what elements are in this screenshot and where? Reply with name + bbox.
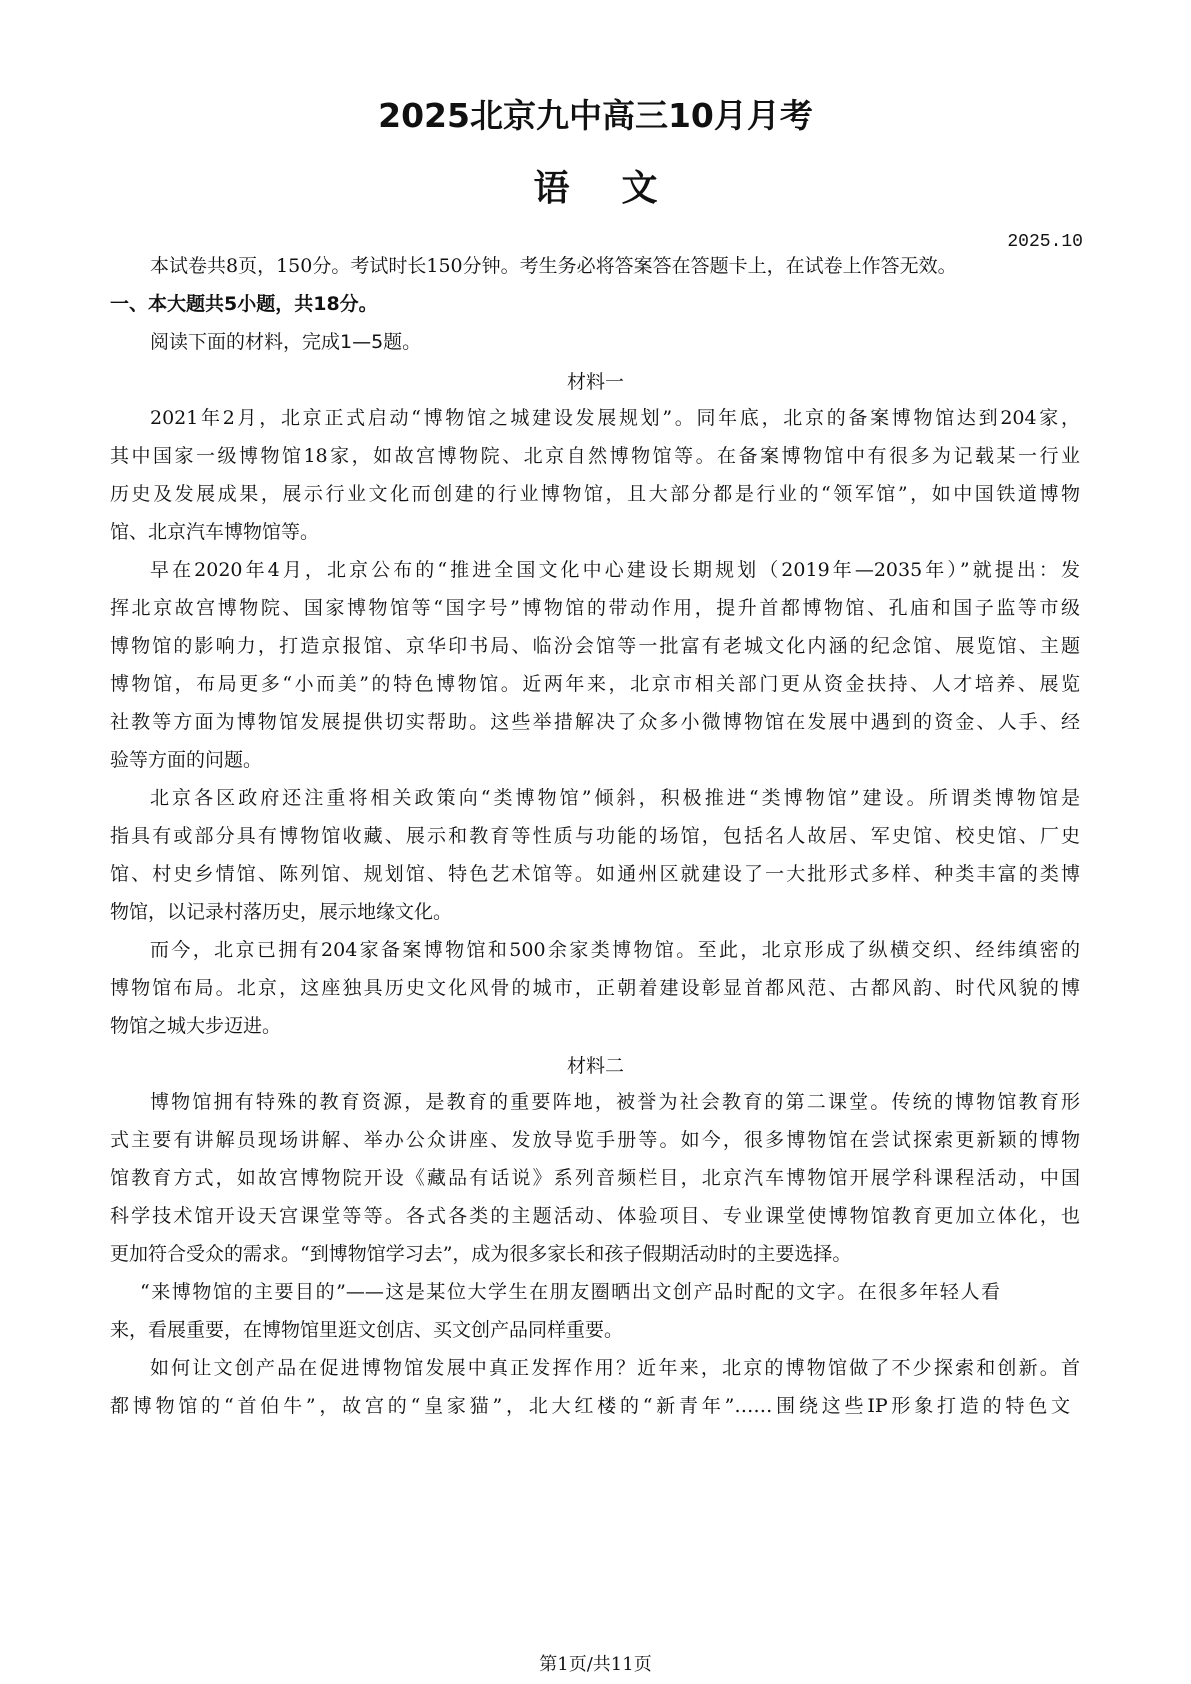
exam-title: 2025北京九中高三10月月考: [0, 90, 1191, 137]
material-1-line: 博物馆，布局更多“小而美”的特色博物馆。近两年来，北京市相关部门更从资金扶持、人…: [110, 671, 1080, 697]
subject-title: 语文: [0, 160, 1191, 211]
material-1-line: 物馆，以记录村落历史，展示地缘文化。: [110, 899, 1080, 925]
material-1-line: 验等方面的问题。: [110, 747, 1080, 773]
material-1-line: 历史及发展成果，展示行业文化而创建的行业博物馆，且大部分都是行业的“领军馆”，如…: [110, 481, 1080, 507]
section-heading: 一、本大题共5小题，共18分。: [110, 291, 1080, 317]
material-1-heading: 材料一: [0, 367, 1191, 394]
material-2-heading: 材料二: [0, 1051, 1191, 1078]
material-1-line: 物馆之城大步迈进。: [110, 1013, 1080, 1039]
material-2-line: 式主要有讲解员现场讲解、举办公众讲座、发放导览手册等。如今，很多博物馆在尝试探索…: [110, 1127, 1080, 1153]
material-1-line: 博物馆的影响力，打造京报馆、京华印书局、临汾会馆等一批富有老城文化内涵的纪念馆、…: [110, 633, 1080, 659]
material-2-line: 馆教育方式，如故宫博物院开设《藏品有话说》系列音频栏目，北京汽车博物馆开展学科课…: [110, 1165, 1080, 1191]
material-2-line: 来，看展重要，在博物馆里逛文创店、买文创产品同样重要。: [110, 1317, 1080, 1343]
subject-char: 文: [622, 160, 658, 211]
material-2-line: 更加符合受众的需求。“到博物馆学习去”，成为很多家长和孩子假期活动时的主要选择。: [110, 1241, 1080, 1267]
material-1-line: 馆、北京汽车博物馆等。: [110, 519, 1080, 545]
material-1-line: 北京各区政府还注重将相关政策向“类博物馆”倾斜，积极推进“类博物馆”建设。所谓类…: [150, 785, 1080, 811]
material-1-line: 2021年2月，北京正式启动“博物馆之城建设发展规划”。同年底，北京的备案博物馆…: [150, 405, 1080, 431]
section-prompt: 阅读下面的材料，完成1—5题。: [150, 329, 1080, 355]
exam-page: 2025北京九中高三10月月考 语文 2025.10 本试卷共8页，150分。考…: [0, 0, 1191, 1684]
material-1-line: 社教等方面为博物馆发展提供切实帮助。这些举措解决了众多小微博物馆在发展中遇到的资…: [110, 709, 1080, 735]
material-2-line: “来博物馆的主要目的”——这是某位大学生在朋友圈晒出文创产品时配的文字。在很多年…: [140, 1279, 1000, 1305]
material-1-line: 博物馆布局。北京，这座独具历史文化风骨的城市，正朝着建设彰显首都风范、古都风韵、…: [110, 975, 1080, 1001]
material-2-line: 博物馆拥有特殊的教育资源，是教育的重要阵地，被誉为社会教育的第二课堂。传统的博物…: [150, 1089, 1080, 1115]
material-1-line: 挥北京故宫博物院、国家博物馆等“国字号”博物馆的带动作用，提升首都博物馆、孔庙和…: [110, 595, 1080, 621]
material-1-line: 其中国家一级博物馆18家，如故宫博物院、北京自然博物馆等。在备案博物馆中有很多为…: [110, 443, 1080, 469]
material-1-line: 早在2020年4月，北京公布的“推进全国文化中心建设长期规划（2019年—203…: [150, 557, 1080, 583]
material-2-line: 如何让文创产品在促进博物馆发展中真正发挥作用？近年来，北京的博物馆做了不少探索和…: [150, 1355, 1080, 1381]
exam-date: 2025.10: [1007, 232, 1083, 252]
material-1-line: 指具有或部分具有博物馆收藏、展示和教育等性质与功能的场馆，包括名人故居、军史馆、…: [110, 823, 1080, 849]
material-1-line: 而今，北京已拥有204家备案博物馆和500余家类博物馆。至此，北京形成了纵横交织…: [150, 937, 1080, 963]
page-indicator: 第1页/共11页: [0, 1650, 1191, 1676]
exam-instructions: 本试卷共8页，150分。考试时长150分钟。考生务必将答案答在答题卡上，在试卷上…: [150, 253, 1080, 279]
material-1-line: 馆、村史乡情馆、陈列馆、规划馆、特色艺术馆等。如通州区就建设了一大批形式多样、种…: [110, 861, 1080, 887]
subject-char: 语: [533, 160, 569, 211]
material-2-line: 科学技术馆开设天宫课堂等等。各式各类的主题活动、体验项目、专业课堂使博物馆教育更…: [110, 1203, 1080, 1229]
material-2-line: 都博物馆的“首伯牛”，故宫的“皇家猫”，北大红楼的“新青年”……围绕这些IP形象…: [110, 1393, 1070, 1419]
